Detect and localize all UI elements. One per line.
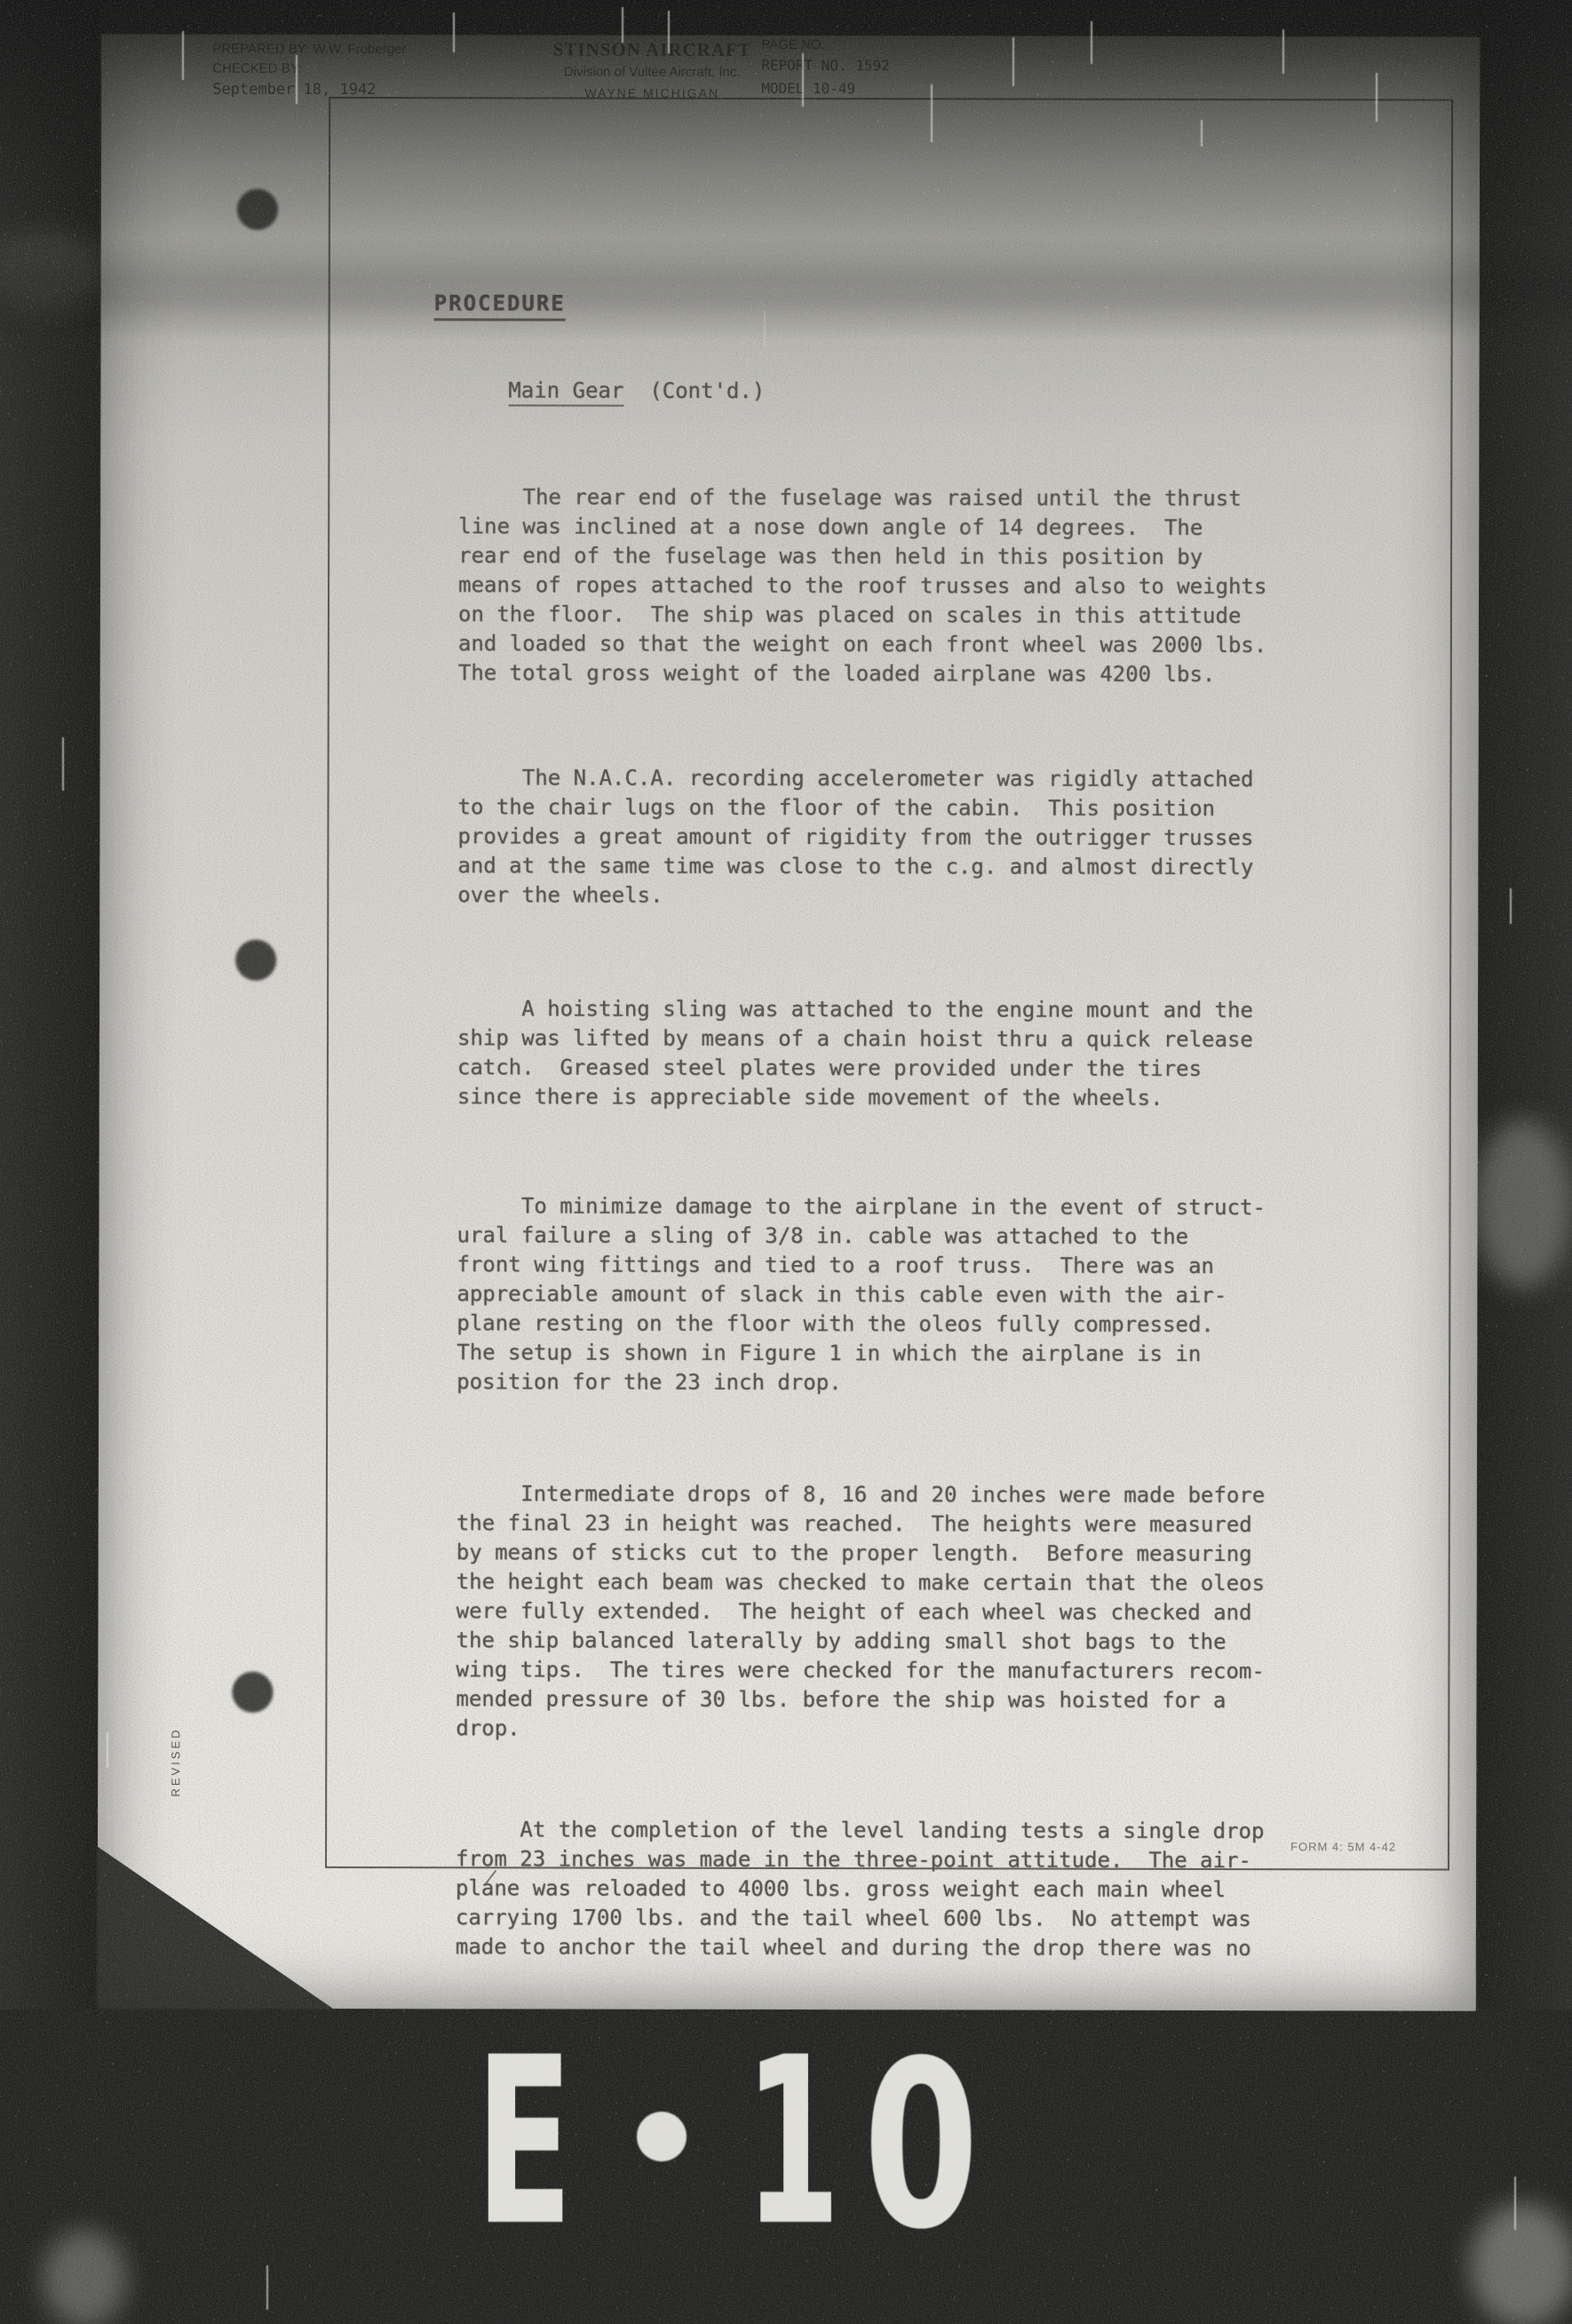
film-light-patch [43,2230,127,2324]
hole-punch [232,1672,273,1713]
film-edge-left [0,0,99,2324]
section-title-text: PROCEDURE [434,290,566,321]
film-marking-dot [637,2112,687,2161]
body-paragraph: The N.A.C.A. recording accelerometer was… [457,763,1266,911]
header-prepared-by: PREPARED BY: W.W. Froberger [212,42,406,57]
hole-punch [237,189,278,230]
film-scan: { "colors": { "paper": "#d7d5d0", "ink":… [0,0,1572,2324]
body-paragraph: To minimize damage to the airplane in th… [457,1191,1266,1398]
subsection-title: Main Gear (Cont'd.) [457,353,765,428]
header-checked-by: CHECKED BY: [212,61,302,76]
header-page-no: PAGE NO. [761,37,824,52]
corner-shadow [96,1845,336,2010]
document-page: PREPARED BY: W.W. Froberger CHECKED BY: … [98,34,1481,2010]
subsection-suffix: (Cont'd.) [623,378,765,403]
section-title: PROCEDURE [434,290,566,315]
header-date: September 18, 1942 [212,81,376,99]
header-model: MODEL 10-49 [761,80,855,97]
body-text: The rear end of the fuselage was raised … [456,424,1267,2022]
subsection-title-text: Main Gear [508,378,623,406]
hole-punch [235,940,276,981]
form-number: FORM 4: 5M 4-42 [1290,1840,1396,1853]
film-marking-digit: 0 [863,2031,979,2262]
body-paragraph: The rear end of the fuselage was raised … [458,482,1267,689]
film-light-patch [1470,2203,1572,2324]
film-marking-letter: E [475,2027,573,2258]
film-light-patch [1474,1119,1572,1288]
body-paragraph: At the completion of the level landing t… [456,1815,1265,1963]
revised-label: REVISED [169,1723,182,1797]
film-marking-digit: 1 [744,2027,841,2258]
body-paragraph: Intermediate drops of 8, 16 and 20 inche… [456,1479,1265,1745]
body-paragraph: A hoisting sling was attached to the eng… [457,994,1266,1113]
header-report-no: REPORT NO. 1592 [761,57,890,74]
